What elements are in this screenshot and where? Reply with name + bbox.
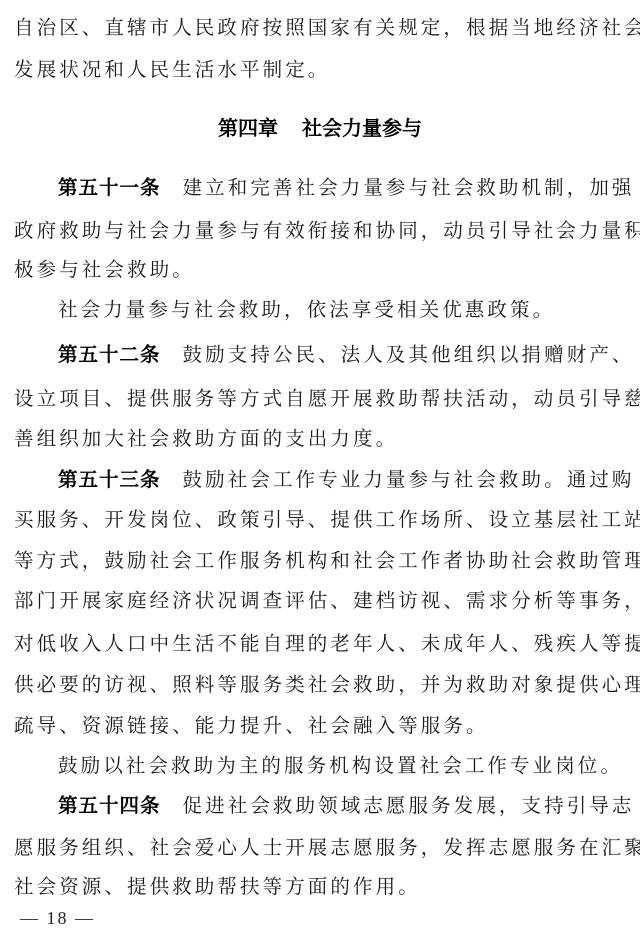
chapter-number: 第四章 [218,116,278,140]
article-label: 第五十四条 [58,794,161,817]
paragraph-line: 社会力量参与社会救助，依法享受相关优惠政策。 [58,290,626,330]
article-53-first-line: 第五十三条鼓励社会工作专业力量参与社会救助。通过购 [58,460,626,500]
paragraph-line: 极参与社会救助。 [14,250,626,290]
article-54-first-line: 第五十四条促进社会救助领域志愿服务发展，支持引导志 [58,786,626,826]
article-text: 鼓励社会工作专业力量参与社会救助。通过购 [183,468,635,491]
paragraph-line: 部门开展家庭经济状况调查评估、建档访视、需求分析等事务， [14,581,626,621]
chapter-heading: 第四章社会力量参与 [0,108,640,148]
paragraph-line: 供必要的访视、照料等服务类社会救助，并为救助对象提供心理 [14,665,626,705]
paragraph-line: 买服务、开发岗位、政策引导、提供工作场所、设立基层社工站 [14,500,626,540]
chapter-title: 社会力量参与 [302,116,422,140]
article-text: 促进社会救助领域志愿服务发展，支持引导志 [183,794,635,817]
paragraph-line: 政府救助与社会力量参与有效衔接和协同，动员引导社会力量积 [14,211,626,251]
paragraph-line: 自治区、直辖市人民政府按照国家有关规定，根据当地经济社会 [14,8,626,48]
paragraph-line: 发展状况和人民生活水平制定。 [14,50,626,90]
paragraph-line: 对低收入人口中生活不能自理的老年人、未成年人、残疾人等提 [14,624,626,664]
paragraph-line: 等方式，鼓励社会工作服务机构和社会工作者协助社会救助管理 [14,541,626,581]
article-52-first-line: 第五十二条鼓励支持公民、法人及其他组织以捐赠财产、 [58,335,626,375]
paragraph-line: 疏导、资源链接、能力提升、社会融入等服务。 [14,706,626,746]
paragraph-line: 社会资源、提供救助帮扶等方面的作用。 [14,867,626,907]
article-label: 第五十二条 [58,343,161,366]
article-text: 鼓励支持公民、法人及其他组织以捐赠财产、 [183,343,635,366]
document-page: 自治区、直辖市人民政府按照国家有关规定，根据当地经济社会 发展状况和人民生活水平… [0,0,640,947]
paragraph-line: 善组织加大社会救助方面的支出力度。 [14,419,626,459]
page-number: — 18 — [20,908,95,929]
paragraph-line: 鼓励以社会救助为主的服务机构设置社会工作专业岗位。 [58,746,626,786]
paragraph-line: 设立项目、提供服务等方式自愿开展救助帮扶活动，动员引导慈 [14,379,626,419]
paragraph-line: 愿服务组织、社会爱心人士开展志愿服务，发挥志愿服务在汇聚 [14,828,626,868]
article-label: 第五十一条 [58,176,161,199]
article-label: 第五十三条 [58,468,161,491]
article-51-first-line: 第五十一条建立和完善社会力量参与社会救助机制，加强 [58,168,626,208]
article-text: 建立和完善社会力量参与社会救助机制，加强 [183,176,635,199]
